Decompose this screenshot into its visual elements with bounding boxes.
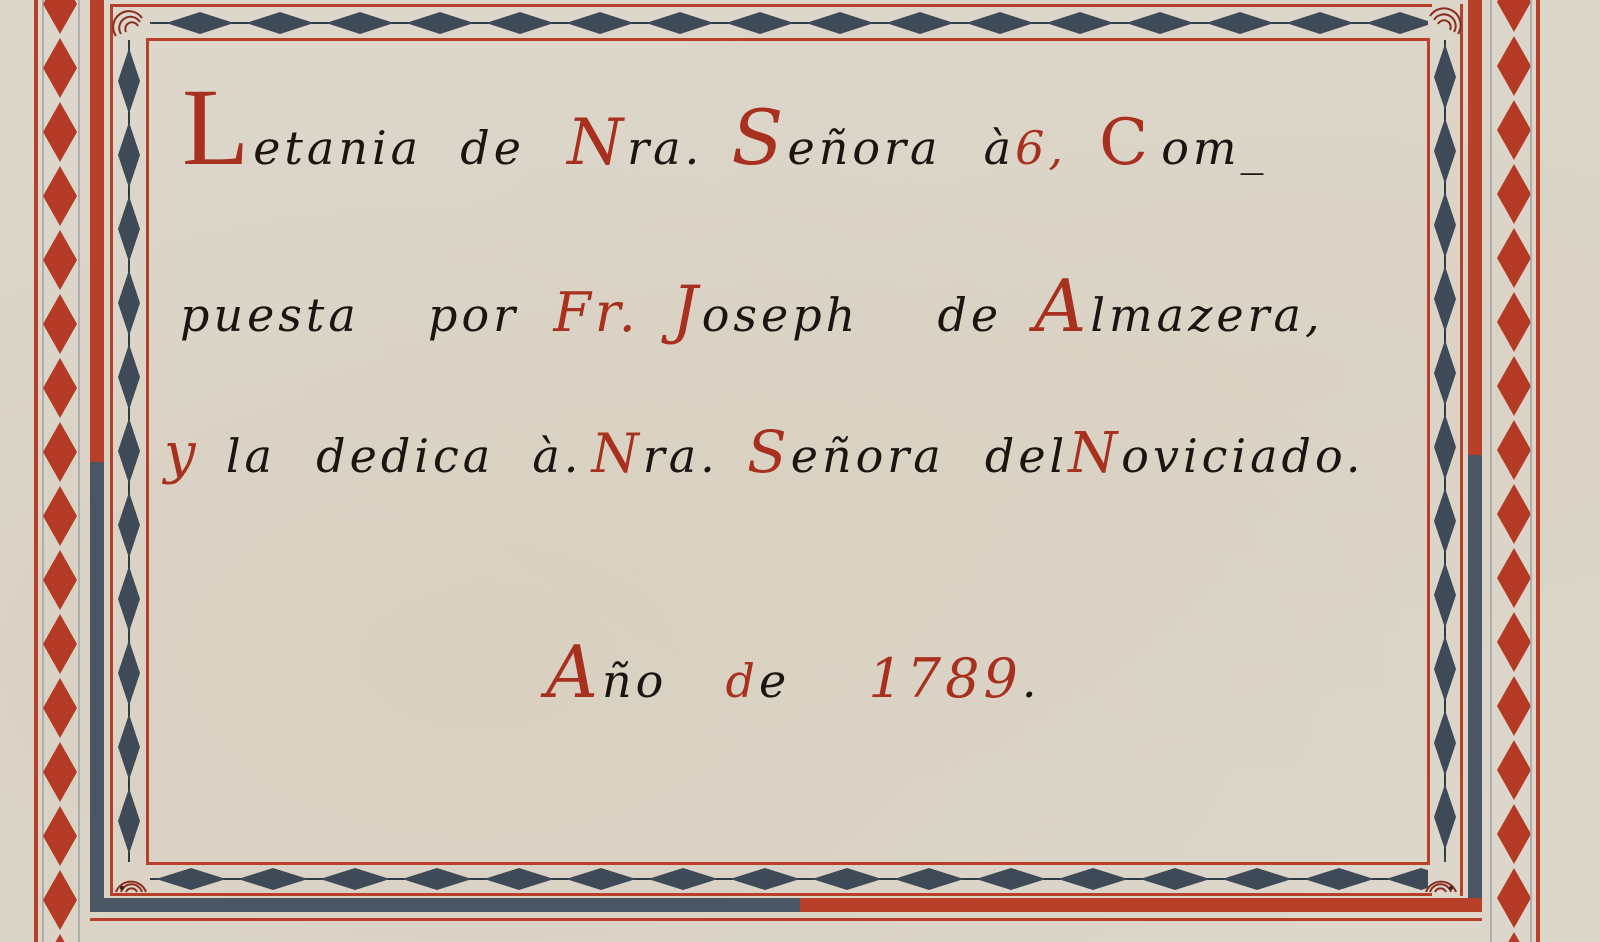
right-outer-rule	[1536, 0, 1540, 942]
word: lmazera,	[1090, 288, 1323, 342]
frame-right-outer-rule	[1460, 4, 1463, 896]
right-red-diamond-column	[1494, 0, 1534, 942]
red-capital: N	[592, 422, 643, 485]
corner-ornament-bottom-right	[1424, 860, 1460, 894]
word: ra.	[627, 121, 703, 175]
frame-left-outer-rule	[110, 4, 113, 896]
word: puesta	[180, 288, 360, 342]
frame-top-diamond-chain	[150, 8, 1428, 38]
bottom-outer-rule	[90, 918, 1482, 921]
right-outer-thin-rule	[1530, 0, 1532, 942]
frame-top-inner-rule	[146, 38, 1430, 41]
manuscript-page: Letania de Nra. Señora à6, C om_ puesta …	[0, 0, 1600, 942]
word: eñora	[787, 121, 941, 175]
word: e	[759, 654, 790, 708]
red-capital: N	[1068, 421, 1121, 486]
red-capital: S	[731, 93, 787, 182]
red-capital: S	[747, 418, 791, 486]
word: à.	[532, 429, 582, 483]
word: del	[985, 429, 1068, 483]
frame-bottom-diamond-chain	[150, 865, 1428, 893]
frame-left-inner-rule	[146, 38, 149, 865]
word: om_	[1161, 121, 1267, 175]
illuminated-initial-L: L	[182, 66, 253, 188]
word: oseph	[702, 288, 860, 342]
red-letter: d	[726, 654, 759, 708]
title-line-3: y la dedica à. Nra. Señora delNoviciado.	[164, 418, 1365, 486]
word: por	[428, 288, 519, 342]
left-inner-thin-rule	[78, 0, 80, 942]
frame-bottom-outer-rule	[112, 893, 1432, 896]
red-capital: N	[567, 106, 627, 180]
red-capital: J	[672, 273, 702, 347]
left-red-diamond-column	[40, 0, 80, 942]
red-abbreviation: Fr.	[553, 281, 640, 344]
right-inner-thin-rule	[1490, 0, 1492, 942]
word: eñora	[791, 429, 945, 483]
year: 1789	[868, 647, 1021, 710]
right-thick-bar-slate	[1468, 455, 1482, 910]
red-number: 6,	[1015, 121, 1067, 175]
word: ño	[602, 654, 667, 708]
corner-ornament-top-right	[1428, 4, 1462, 38]
bottom-thick-bar-slate	[90, 898, 800, 912]
red-capital: A	[546, 630, 602, 714]
word: etania	[253, 121, 422, 175]
word: à	[984, 121, 1015, 175]
red-capital: y	[164, 421, 200, 486]
title-line-2: puesta por Fr. Joseph de Almazera,	[180, 264, 1324, 348]
title-line-1: Letania de Nra. Señora à6, C om_	[182, 64, 1268, 191]
red-capital: A	[1034, 264, 1090, 348]
red-capital: C	[1099, 106, 1152, 180]
corner-ornament-top-left	[112, 6, 146, 40]
word: de	[460, 121, 525, 175]
word: ra.	[643, 429, 719, 483]
corner-ornament-bottom-left	[112, 860, 148, 894]
word: la	[226, 429, 276, 483]
word: dedica	[316, 429, 494, 483]
left-thick-bar-red	[90, 0, 104, 462]
left-thick-bar-slate	[90, 462, 104, 912]
frame-left-diamond-chain	[114, 40, 144, 862]
title-line-4-date: Año de 1789.	[546, 630, 1040, 714]
right-thick-bar-red	[1468, 0, 1482, 455]
word: oviciado.	[1121, 429, 1364, 483]
frame-top-outer-rule	[112, 4, 1432, 7]
word: de	[937, 288, 1002, 342]
period: .	[1022, 654, 1041, 708]
left-outer-rule	[34, 0, 38, 942]
bottom-thick-bar-red	[800, 898, 1482, 912]
frame-right-diamond-chain	[1430, 40, 1460, 862]
title-text-block: Letania de Nra. Señora à6, C om_ puesta …	[150, 42, 1428, 864]
